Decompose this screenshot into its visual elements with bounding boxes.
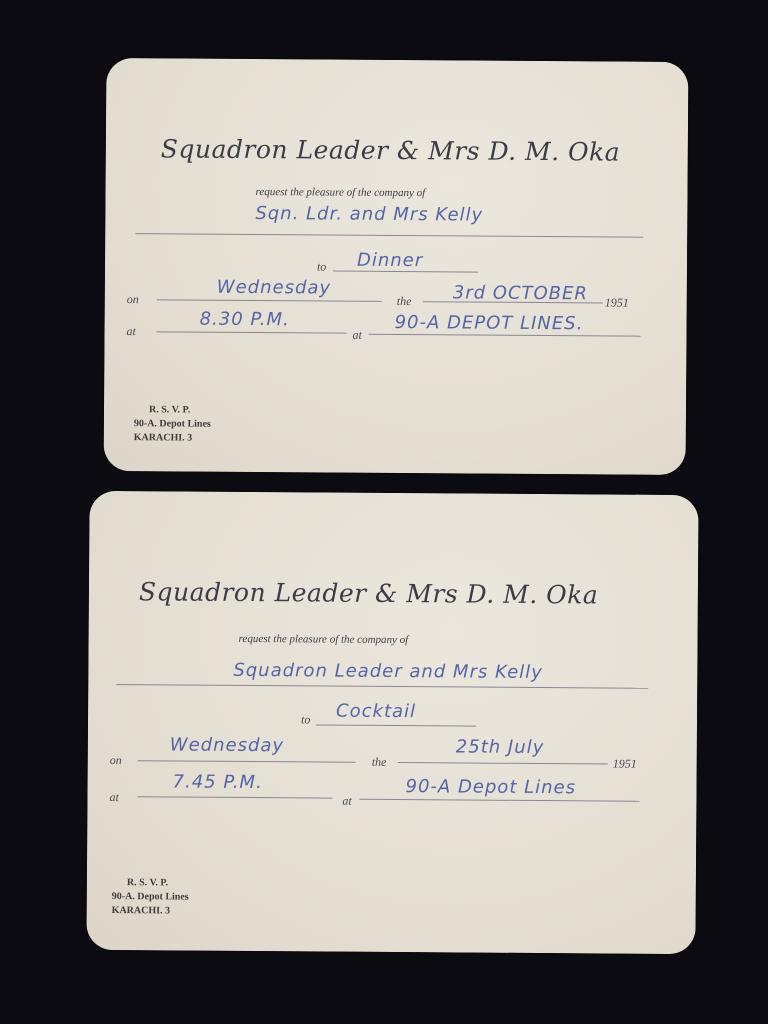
rsvp-city: KARACHI. 3 [112, 904, 189, 919]
invitation-card-dinner: Squadron Leader & Mrs D. M. Oka request … [104, 58, 689, 475]
on-label: on [127, 292, 139, 307]
venue: 90-A Depot Lines [405, 776, 576, 798]
time-line [137, 796, 332, 798]
host-name: Squadron Leader & Mrs D. M. Oka [161, 134, 621, 166]
time-line [157, 331, 347, 333]
day-line [138, 760, 356, 763]
rsvp-label: R. S. V. P. [134, 403, 211, 418]
guest-line [116, 684, 648, 689]
event-name: Dinner [357, 250, 423, 271]
at-label-2: at [342, 794, 351, 809]
request-text: request the pleasure of the company of [239, 633, 409, 646]
guest-line [135, 233, 643, 238]
year: 1951 [613, 757, 637, 772]
event-name: Cocktail [336, 701, 416, 723]
date: 25th July [456, 736, 545, 758]
guest-names: Sqn. Ldr. and Mrs Kelly [255, 203, 483, 226]
date-line [398, 762, 608, 764]
rsvp-city: KARACHI. 3 [134, 431, 211, 446]
venue: 90-A DEPOT LINES. [395, 312, 584, 334]
to-label: to [317, 259, 326, 274]
rsvp-address: 90-A. Depot Lines [134, 417, 211, 432]
at-label: at [109, 790, 118, 805]
invitation-card-cocktail: Squadron Leader & Mrs D. M. Oka request … [86, 491, 698, 954]
guest-names: Squadron Leader and Mrs Kelly [233, 660, 543, 683]
to-label: to [301, 712, 310, 727]
rsvp-address: 90-A. Depot Lines [112, 890, 189, 905]
day: Wednesday [217, 277, 331, 299]
time: 8.30 P.M. [200, 309, 290, 331]
rsvp-block: R. S. V. P. 90-A. Depot Lines KARACHI. 3 [134, 403, 211, 446]
host-name: Squadron Leader & Mrs D. M. Oka [139, 577, 599, 609]
rsvp-label: R. S. V. P. [112, 876, 189, 891]
event-line [316, 724, 476, 726]
the-label: the [372, 755, 387, 770]
event-line [333, 271, 478, 273]
on-label: on [110, 753, 122, 768]
year: 1951 [605, 295, 629, 310]
venue-line [359, 799, 639, 802]
at-label-2: at [352, 328, 361, 343]
venue-line [369, 334, 641, 337]
request-text: request the pleasure of the company of [255, 186, 425, 199]
the-label: the [397, 294, 412, 309]
rsvp-block: R. S. V. P. 90-A. Depot Lines KARACHI. 3 [112, 876, 189, 919]
time: 7.45 P.M. [173, 771, 263, 793]
day-line [157, 299, 382, 302]
at-label: at [126, 324, 135, 339]
day: Wednesday [170, 734, 284, 756]
